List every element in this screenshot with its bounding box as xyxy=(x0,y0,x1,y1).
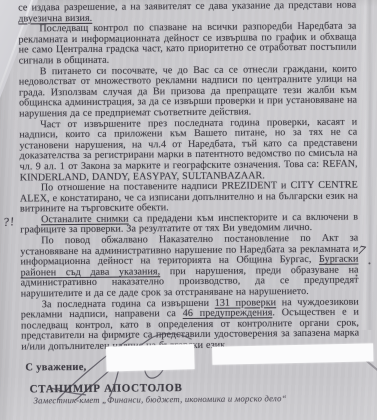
redaction-box xyxy=(106,344,195,371)
handwritten-margin-annotation: ?! xyxy=(2,214,15,230)
text-run: По отношение на поставените надписи PREZ… xyxy=(20,180,358,215)
text-run: Част от извършените през последната годи… xyxy=(19,116,357,183)
paragraph: По повод обжалвано Наказателно постановл… xyxy=(20,234,359,301)
paragraph: Последващ контрол по спазване на всички … xyxy=(18,22,356,67)
document-body: се издава разрешение, а на заявителят се… xyxy=(18,1,359,360)
paragraph: В питането си посочвате, че до Вас са се… xyxy=(19,64,357,120)
letter-content: се издава разрешение, а на заявителят се… xyxy=(0,0,377,420)
text-run: По повод обжалвано Наказателно постановл… xyxy=(20,233,358,268)
signer-title: Заместник-кмет „Финанси, бюджет, икономи… xyxy=(34,393,287,405)
scanned-letter-page: се издава разрешение, а на заявителят се… xyxy=(0,0,377,420)
redaction-box xyxy=(212,343,373,364)
paragraph: Част от извършените през последната годи… xyxy=(19,117,358,184)
closing-salutation: С уважение, xyxy=(25,362,86,374)
ink-dot xyxy=(368,262,370,264)
text-run: В питането си посочвате, че до Вас са се… xyxy=(19,63,357,119)
text-run: се издава разрешение, а на заявителят се… xyxy=(18,1,356,14)
scanned-letter-screenshot: { "colors": { "paper": "#c8c7cb", "ink":… xyxy=(0,0,377,420)
paragraph: По отношение на поставените надписи PREZ… xyxy=(20,181,358,216)
text-run: Последващ контрол по спазване на всички … xyxy=(18,21,356,67)
